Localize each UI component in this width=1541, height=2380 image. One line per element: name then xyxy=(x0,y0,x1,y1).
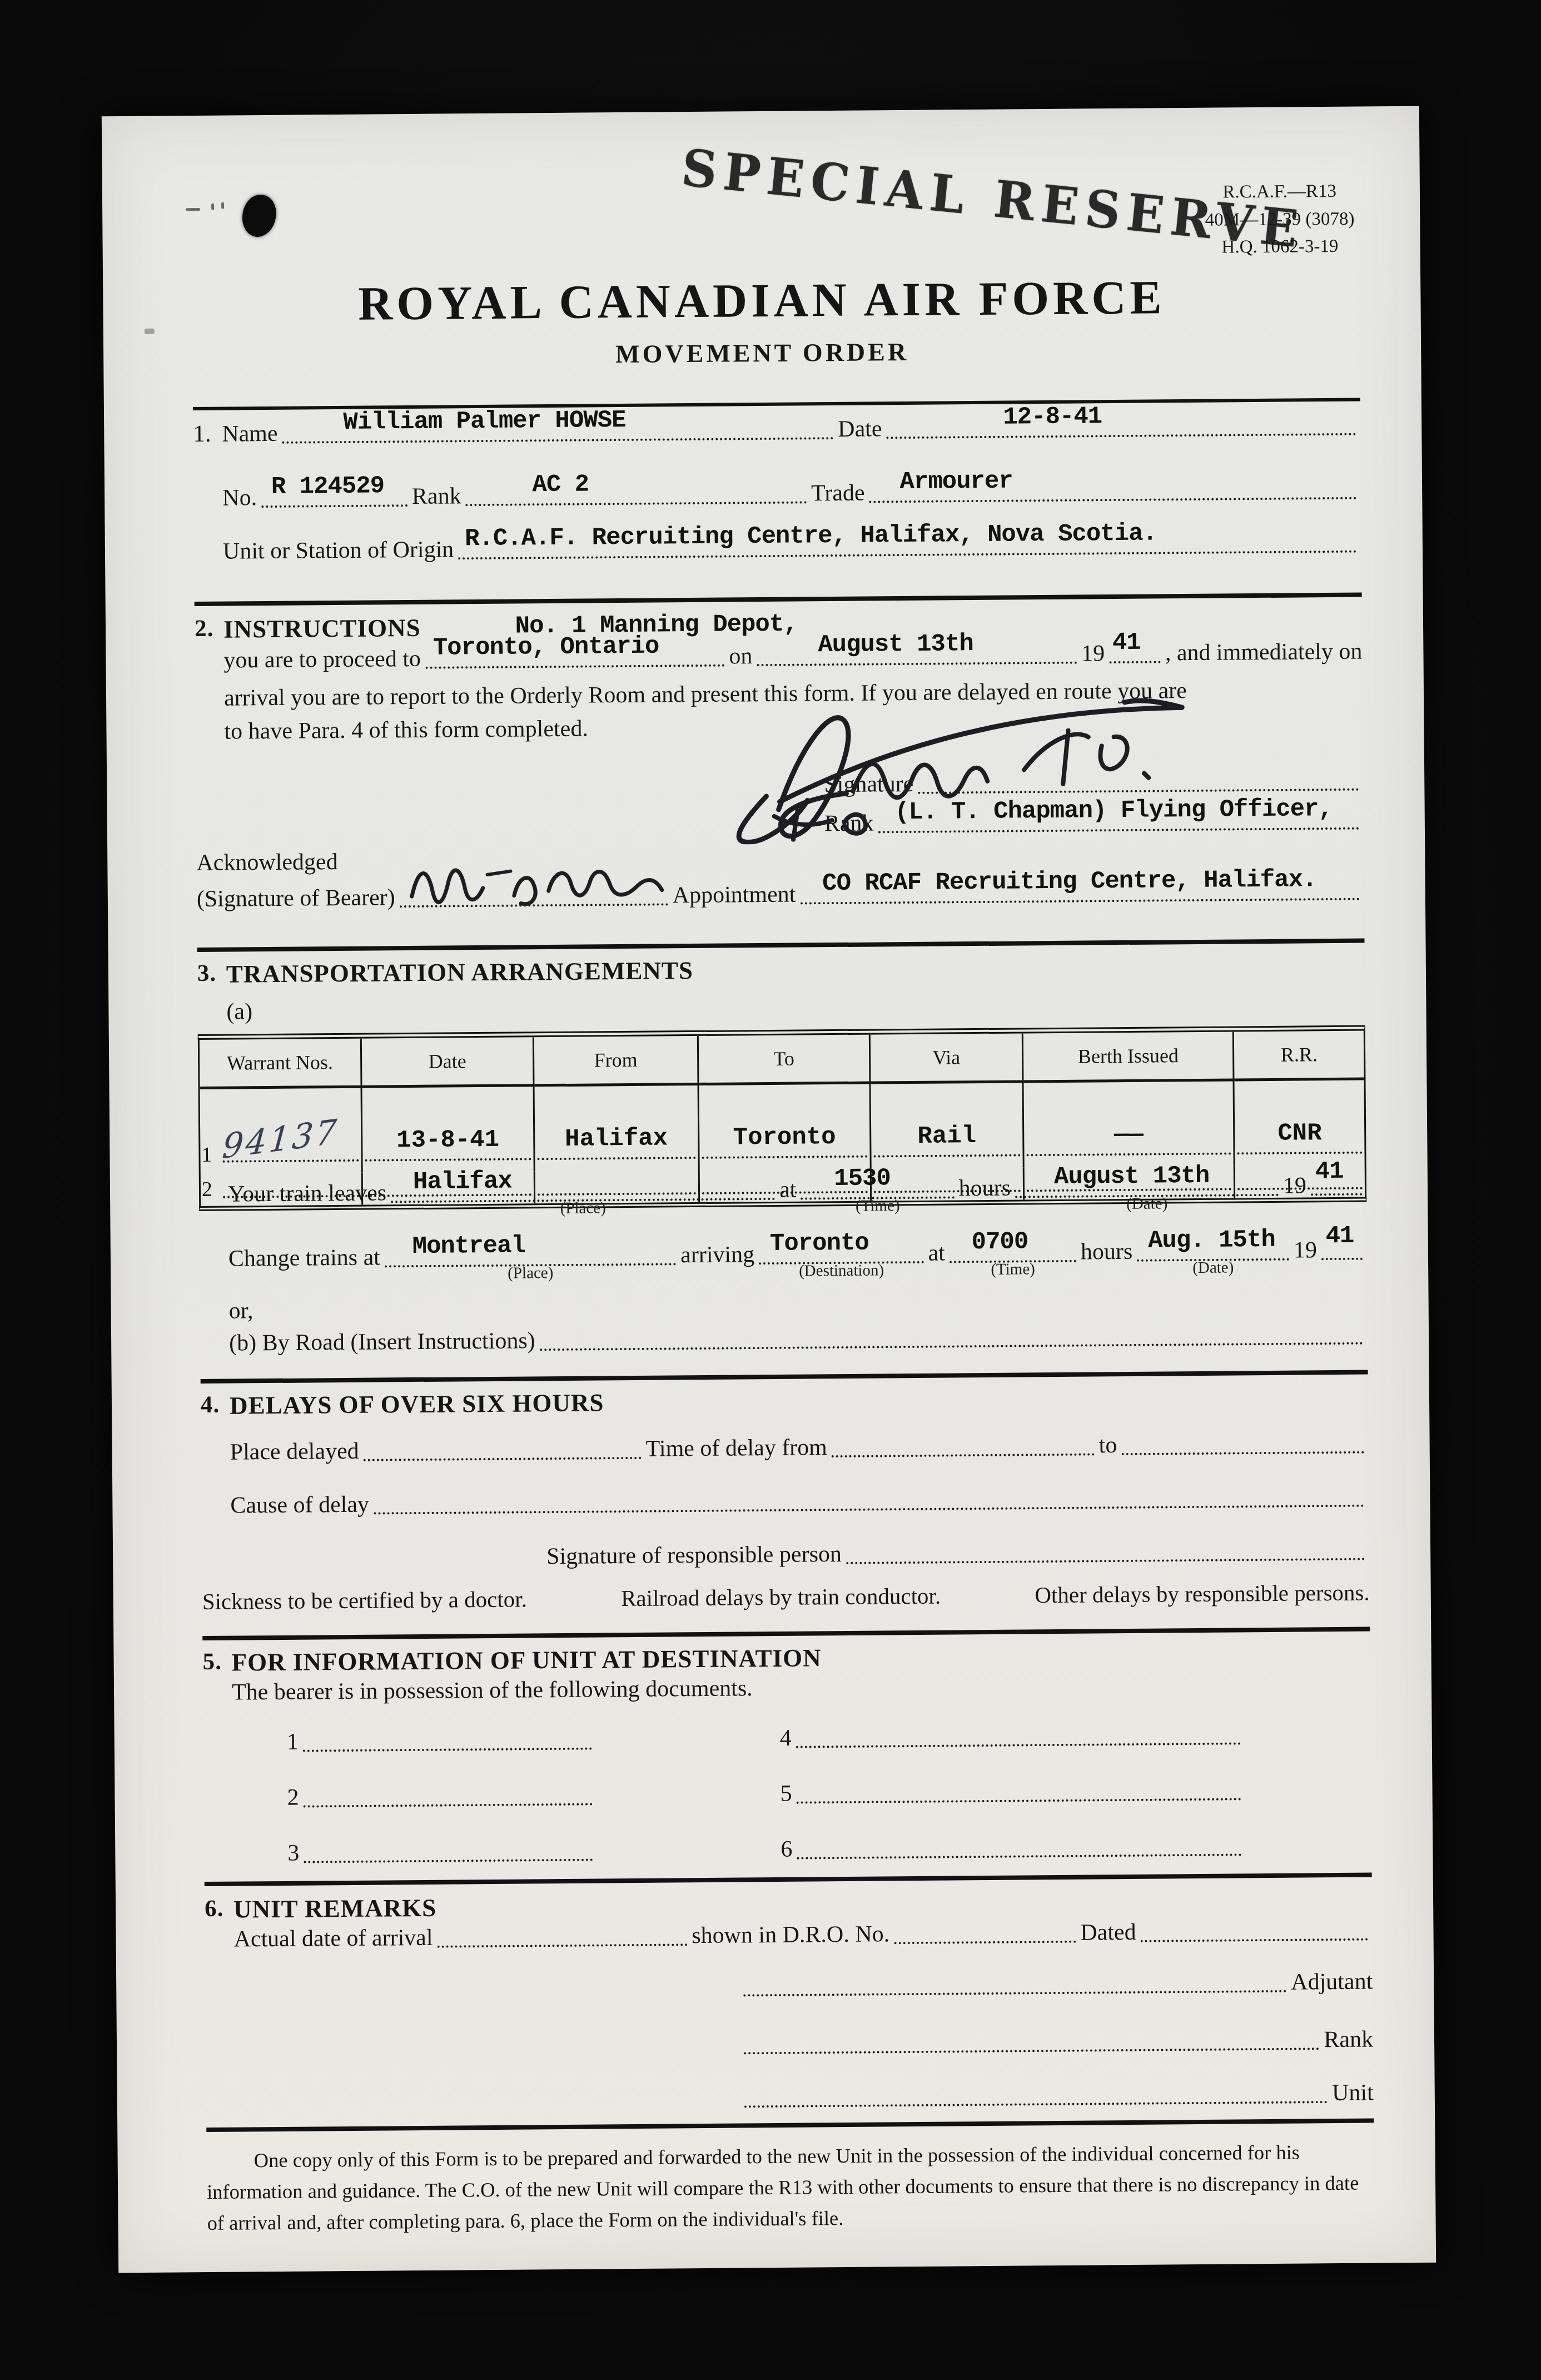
arriving-label: arriving xyxy=(680,1241,754,1268)
section2-number: 2. xyxy=(195,615,223,644)
proceed-destination-value: Toronto, Ontario xyxy=(433,633,659,662)
change-time-value: 0700 xyxy=(972,1228,1028,1256)
adjutant-row: Adjutant xyxy=(205,1969,1373,2004)
section-divider xyxy=(206,2119,1374,2132)
cell-line xyxy=(702,1156,867,1159)
col-header-date: Date xyxy=(362,1037,535,1088)
origin-row: Unit or Station of Origin R.C.A.F. Recru… xyxy=(194,529,1361,565)
train-year-value: 41 xyxy=(1315,1158,1343,1186)
col-header-via: Via xyxy=(871,1033,1024,1084)
rank-field: AC 2 xyxy=(466,495,807,506)
place-delayed-field xyxy=(364,1451,642,1461)
row1-berth: —— xyxy=(1024,1120,1234,1149)
signature-label: Signature xyxy=(824,771,913,798)
scan-background: SPECIAL RESERVE R.C.A.F.—R13 40M—12-39 (… xyxy=(0,0,1541,2380)
footer-note: One copy only of this Form is to be prep… xyxy=(206,2136,1374,2239)
footer-note-text: One copy only of this Form is to be prep… xyxy=(207,2141,1359,2234)
origin-label: Unit or Station of Origin xyxy=(223,536,454,564)
delays-heading-label: DELAYS OF OVER SIX HOURS xyxy=(230,1388,604,1420)
change-trains-label: Change trains at xyxy=(228,1244,380,1272)
section-divider xyxy=(201,1370,1368,1384)
appointment-label: Appointment xyxy=(673,881,796,909)
col-header-from: From xyxy=(534,1036,699,1087)
sub-a-row: (a) xyxy=(197,990,1365,1025)
via-cell: Rail xyxy=(871,1083,1025,1168)
change-dest-field: Toronto (Destination) xyxy=(759,1256,923,1265)
doc-item-2: 2 xyxy=(287,1784,299,1811)
section1-number: 1. xyxy=(193,420,222,448)
section4-number: 4. xyxy=(201,1391,230,1420)
instructions-heading: 2. INSTRUCTIONS No. 1 Manning Depot, xyxy=(195,606,1362,644)
cause-of-delay-field xyxy=(374,1499,1364,1515)
signature-field xyxy=(918,783,1359,794)
col-header-to: To xyxy=(699,1035,871,1085)
name-label: Name xyxy=(222,420,278,448)
date-field: 12-8-41 xyxy=(887,428,1356,439)
dated-field xyxy=(1141,1933,1368,1942)
arrival-label: Actual date of arrival xyxy=(233,1925,433,1953)
rank-signoff-field xyxy=(744,2042,1319,2054)
trade-value: Armourer xyxy=(899,468,1013,497)
year-prefix: 19 xyxy=(1081,640,1105,667)
col-header-rr: R.R. xyxy=(1234,1031,1364,1082)
col-header-warrant: Warrant Nos. xyxy=(200,1039,362,1089)
row1-to: Toronto xyxy=(699,1123,870,1152)
row1-date: 13-8-41 xyxy=(362,1125,534,1154)
proceed-year-value: 41 xyxy=(1112,629,1141,657)
train-time-field: 1530 (Time) xyxy=(801,1191,954,1199)
warrant-number-handwriting: 94137 xyxy=(221,1112,340,1167)
date-caption2: (Date) xyxy=(1137,1258,1289,1278)
from-cell: Halifax xyxy=(535,1085,700,1171)
train-place-field: Halifax (Place) xyxy=(391,1192,775,1203)
proceed-label: you are to proceed to xyxy=(223,646,421,674)
section3-number: 3. xyxy=(197,960,226,989)
doc-field-3 xyxy=(304,1853,593,1863)
officer-rank-field: (L. T. Chapman) Flying Officer, xyxy=(878,822,1359,834)
appointment-value: CO RCAF Recruiting Centre, Halifax. xyxy=(822,866,1317,898)
bearer-row: (Signature of Bearer) Appointment CO RCA… xyxy=(197,877,1364,913)
by-road-field xyxy=(540,1337,1364,1351)
name-field: William Palmer HOWSE xyxy=(282,432,834,444)
or-row: or, xyxy=(200,1289,1368,1325)
doc-field-4 xyxy=(796,1737,1241,1748)
movement-order-form: SPECIAL RESERVE R.C.A.F.—R13 40M—12-39 (… xyxy=(102,106,1436,2273)
date-caption: (Date) xyxy=(1015,1194,1279,1214)
no-rank-trade-row: No. R 124529 Rank AC 2 Trade Armourer xyxy=(193,476,1361,512)
documents-row-1-4: 1 4 xyxy=(203,1720,1371,1756)
time-of-delay-label: Time of delay from xyxy=(646,1434,828,1462)
train-date-value: August 13th xyxy=(1054,1162,1210,1191)
proceed-date-value: August 13th xyxy=(818,630,973,659)
section6-number: 6. xyxy=(205,1895,233,1924)
proceed-year-field: 41 xyxy=(1109,655,1161,663)
cause-of-delay-label: Cause of delay xyxy=(230,1491,369,1519)
delays-heading: 4. DELAYS OF OVER SIX HOURS xyxy=(201,1382,1368,1420)
cell-line xyxy=(538,1157,696,1160)
change-year-prefix: 19 xyxy=(1294,1237,1317,1263)
train-date-field: August 13th (Date) xyxy=(1015,1188,1279,1198)
row1-from: Halifax xyxy=(535,1124,698,1153)
time-caption2: (Time) xyxy=(950,1260,1076,1280)
acknowledged-label: Acknowledged xyxy=(196,849,338,876)
responsible-person-row: Signature of responsible person xyxy=(202,1537,1369,1573)
train-place-value: Halifax xyxy=(413,1168,512,1196)
cell-line xyxy=(223,1159,359,1163)
section-divider xyxy=(197,939,1365,952)
form-content: 1. Name William Palmer HOWSE Date 12-8-4… xyxy=(191,107,1375,2272)
train-leaves-label: Your train leaves xyxy=(228,1179,386,1207)
col-header-berth: Berth Issued xyxy=(1023,1032,1235,1083)
change-time-field: 0700 (Time) xyxy=(950,1255,1076,1263)
on-label: on xyxy=(729,643,752,670)
documents-row-2-5: 2 5 xyxy=(203,1776,1371,1812)
no-label: No. xyxy=(222,484,257,511)
hours2-label: hours xyxy=(1081,1238,1133,1266)
berth-cell: —— xyxy=(1024,1081,1236,1167)
doc-item-4: 4 xyxy=(780,1725,792,1752)
rank-value: AC 2 xyxy=(532,471,589,499)
unit-remarks-heading-label: UNIT REMARKS xyxy=(233,1893,436,1924)
destination-info-heading-label: FOR INFORMATION OF UNIT AT DESTINATION xyxy=(231,1643,821,1677)
change-year-field: 41 xyxy=(1321,1252,1363,1261)
arrival-field xyxy=(438,1938,688,1948)
documents-row-3-6: 3 6 xyxy=(204,1832,1371,1867)
section5-number: 5. xyxy=(202,1648,231,1677)
unit-signoff-row: Unit xyxy=(206,2080,1374,2115)
responsible-person-field xyxy=(846,1553,1365,1564)
rank-label: Rank xyxy=(412,483,461,510)
bearer-label: (Signature of Bearer) xyxy=(197,884,395,913)
train-year-field: 41 xyxy=(1311,1188,1362,1196)
instructions-heading-label: INSTRUCTIONS xyxy=(223,613,421,644)
destination-caption: (Destination) xyxy=(759,1261,924,1281)
place-caption: (Place) xyxy=(391,1198,775,1219)
doc-field-1 xyxy=(303,1742,592,1752)
delay-to-field xyxy=(1121,1446,1364,1455)
adjutant-label: Adjutant xyxy=(1291,1969,1373,1996)
proceed-date-field: August 13th xyxy=(757,656,1077,667)
proceed-row: you are to proceed to Toronto, Ontario o… xyxy=(195,638,1362,674)
change-place-value: Montreal xyxy=(412,1232,526,1261)
date-label: Date xyxy=(838,415,882,443)
bearer-signature-field xyxy=(400,898,668,908)
change-trains-row: Change trains at Montreal (Place) arrivi… xyxy=(200,1237,1367,1272)
officer-rank-label: Rank xyxy=(824,810,874,837)
change-dest-value: Toronto xyxy=(770,1229,869,1258)
by-road-label: (b) By Road (Insert Instructions) xyxy=(229,1327,535,1356)
at-label: at xyxy=(779,1177,797,1203)
hours-label: hours xyxy=(959,1175,1011,1202)
train-time-value: 1530 xyxy=(834,1164,891,1193)
row1-via: Rail xyxy=(871,1122,1022,1151)
origin-value: R.C.A.F. Recruiting Centre, Halifax, Nov… xyxy=(465,519,1157,553)
sub-a-label: (a) xyxy=(226,999,252,1024)
other-delays-note: Other delays by responsible persons. xyxy=(1035,1579,1370,1609)
rr-cell: CNR xyxy=(1235,1080,1365,1166)
warrant-cell: 1 94137 xyxy=(200,1088,363,1174)
doc-item-3: 3 xyxy=(287,1840,299,1867)
place-caption2: (Place) xyxy=(385,1263,677,1283)
cell-line xyxy=(1027,1152,1231,1156)
change-date-value: Aug. 15th xyxy=(1148,1226,1275,1255)
doc-field-2 xyxy=(304,1798,593,1808)
cell-line xyxy=(874,1154,1021,1157)
officer-rank-value: (L. T. Chapman) Flying Officer, xyxy=(894,795,1333,826)
place-delayed-label: Place delayed xyxy=(230,1438,359,1466)
proceed-destination-field: Toronto, Ontario xyxy=(425,659,725,669)
delay-notes-row: Sickness to be certified by a doctor. Ra… xyxy=(202,1579,1370,1615)
at2-label: at xyxy=(928,1240,945,1267)
doc-field-6 xyxy=(797,1848,1241,1859)
dro-field xyxy=(894,1935,1076,1945)
name-date-row: 1. Name William Palmer HOWSE Date 12-8-4… xyxy=(193,411,1360,448)
date-value: 12-8-41 xyxy=(1003,403,1102,431)
origin-field: R.C.A.F. Recruiting Centre, Halifax, Nov… xyxy=(458,545,1357,560)
responsible-person-label: Signature of responsible person xyxy=(546,1541,842,1570)
trade-field: Armourer xyxy=(869,492,1357,503)
rank-signoff-label: Rank xyxy=(1324,2026,1373,2054)
section-divider xyxy=(195,593,1362,606)
transportation-heading-label: TRANSPORTATION ARRANGEMENTS xyxy=(226,956,693,989)
cell-line xyxy=(365,1158,531,1161)
section-divider xyxy=(205,1873,1372,1886)
cause-of-delay-row: Cause of delay xyxy=(201,1484,1369,1519)
appointment-field: CO RCAF Recruiting Centre, Halifax. xyxy=(800,892,1360,905)
dro-label: shown in D.R.O. No. xyxy=(692,1921,889,1949)
railroad-note: Railroad delays by train conductor. xyxy=(621,1583,941,1612)
officer-rank-row: Rank (L. T. Chapman) Flying Officer, xyxy=(196,806,1364,842)
adjutant-field xyxy=(743,1985,1286,1997)
doc-item-5: 5 xyxy=(780,1781,792,1807)
train-year-prefix: 19 xyxy=(1283,1172,1306,1199)
after-year-text: , and immediately on xyxy=(1165,638,1363,667)
or-label: or, xyxy=(229,1298,253,1323)
rank-signoff-row: Rank xyxy=(206,2026,1373,2062)
service-no-field: R 124529 xyxy=(261,499,407,508)
name-value: William Palmer HOWSE xyxy=(343,406,625,437)
doc-item-6: 6 xyxy=(781,1836,792,1863)
time-caption: (Time) xyxy=(801,1196,955,1216)
doc-item-1: 1 xyxy=(287,1729,299,1756)
dated-label: Dated xyxy=(1080,1919,1136,1946)
row1-rr: CNR xyxy=(1235,1119,1364,1148)
change-place-field: Montreal (Place) xyxy=(385,1257,676,1267)
change-year-value: 41 xyxy=(1325,1222,1354,1250)
date-cell: 13-8-41 xyxy=(362,1087,535,1172)
instructions-body: arrival you are to report to the Orderly… xyxy=(195,673,1363,748)
by-road-row: (b) By Road (Insert Instructions) xyxy=(200,1321,1368,1357)
to-cell: Toronto xyxy=(699,1084,872,1170)
service-no-value: R 124529 xyxy=(271,472,385,501)
doc-field-5 xyxy=(797,1792,1241,1803)
place-delayed-row: Place delayed Time of delay from to xyxy=(201,1430,1368,1466)
cell-line xyxy=(1237,1152,1363,1155)
delay-from-field xyxy=(832,1447,1095,1457)
section-divider xyxy=(202,1627,1370,1640)
possession-note-text: The bearer is in possession of the follo… xyxy=(232,1675,753,1705)
to-label: to xyxy=(1098,1432,1117,1459)
trade-label: Trade xyxy=(811,480,865,507)
footer-indent xyxy=(207,2167,254,2168)
transportation-heading: 3. TRANSPORTATION ARRANGEMENTS xyxy=(197,951,1365,989)
unit-signoff-label: Unit xyxy=(1332,2080,1374,2107)
change-date-field: Aug. 15th (Date) xyxy=(1137,1253,1289,1262)
sickness-note: Sickness to be certified by a doctor. xyxy=(202,1585,527,1615)
unit-signoff-field xyxy=(744,2095,1328,2108)
